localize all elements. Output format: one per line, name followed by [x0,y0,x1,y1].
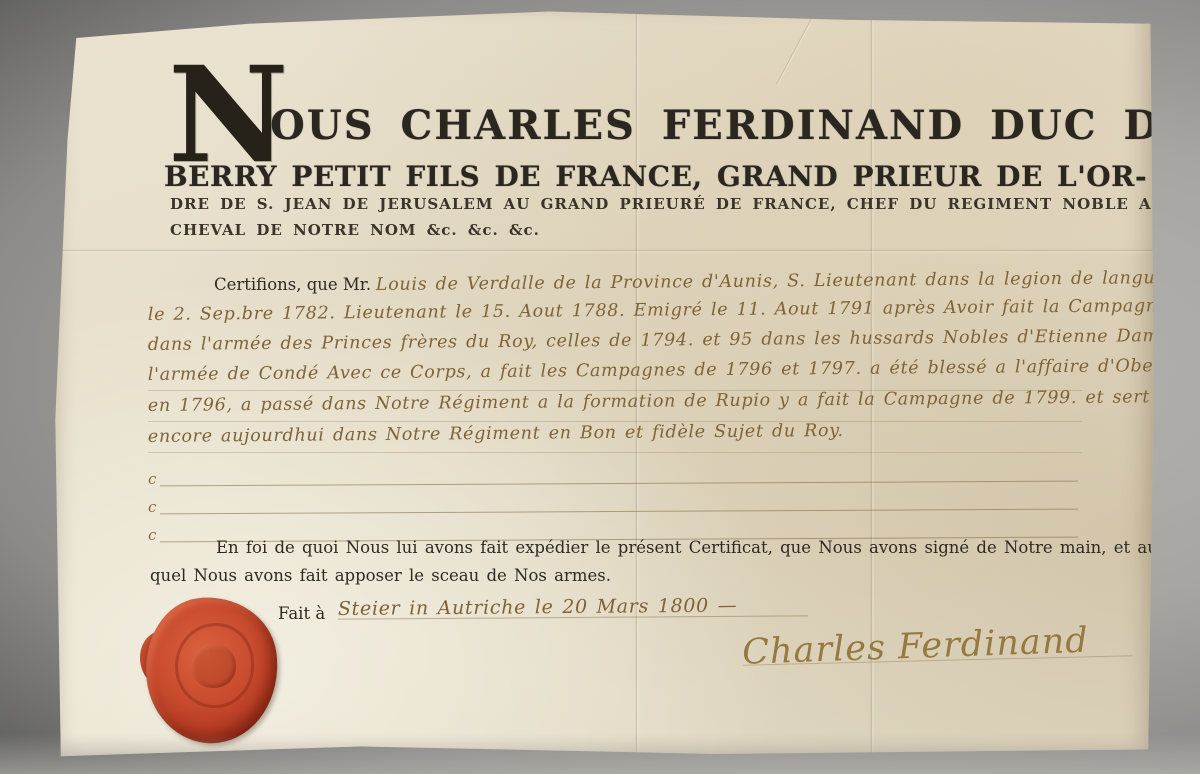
line-hook-mark: c [148,474,156,484]
line-hook-mark: c [148,502,156,512]
body-line: encore aujourdhui dans Notre Régiment en… [148,422,1082,453]
rule-line [160,481,1078,487]
closing-line-2: quel Nous avons fait apposer le sceau de… [150,566,611,585]
fait-a-label: Fait à [278,604,325,623]
subtitle-line-1: DRE DE S. JEAN DE JERUSALEM AU GRAND PRI… [170,195,1152,213]
handwritten-text: encore aujourdhui dans Notre Régiment en… [148,416,844,452]
blank-ruled-line: c [148,494,1078,512]
closing-line-1: En foi de quoi Nous lui avons fait expéd… [216,538,1163,557]
blank-ruled-line: c [148,466,1078,484]
certify-label: Certifions, que Mr. [148,275,371,294]
diagonal-fold-crease [776,3,822,86]
seal-impression-core [191,644,236,688]
title-line-1: OUS CHARLES FERDINAND DUC DE [270,102,1193,149]
certificate-paper: N OUS CHARLES FERDINAND DUC DE BERRY PET… [52,4,1156,760]
certification-body: Certifions, que Mr. Louis de Verdalle de… [148,270,1082,453]
horizontal-fold-crease [52,249,1156,253]
subtitle-line-2: CHEVAL DE NOTRE NOM &c. &c. &c. [170,221,540,239]
rule-line [160,509,1078,515]
place-date-field: Steier in Autriche le 20 Mars 1800 — [338,598,808,618]
red-wax-seal [146,597,278,743]
title-line-2: BERRY PETIT FILS DE FRANCE, GRAND PRIEUR… [164,160,1147,193]
photo-stage: N OUS CHARLES FERDINAND DUC DE BERRY PET… [0,0,1200,774]
line-hook-mark: c [148,530,156,540]
signature-charles-ferdinand: Charles Ferdinand [742,619,1133,668]
